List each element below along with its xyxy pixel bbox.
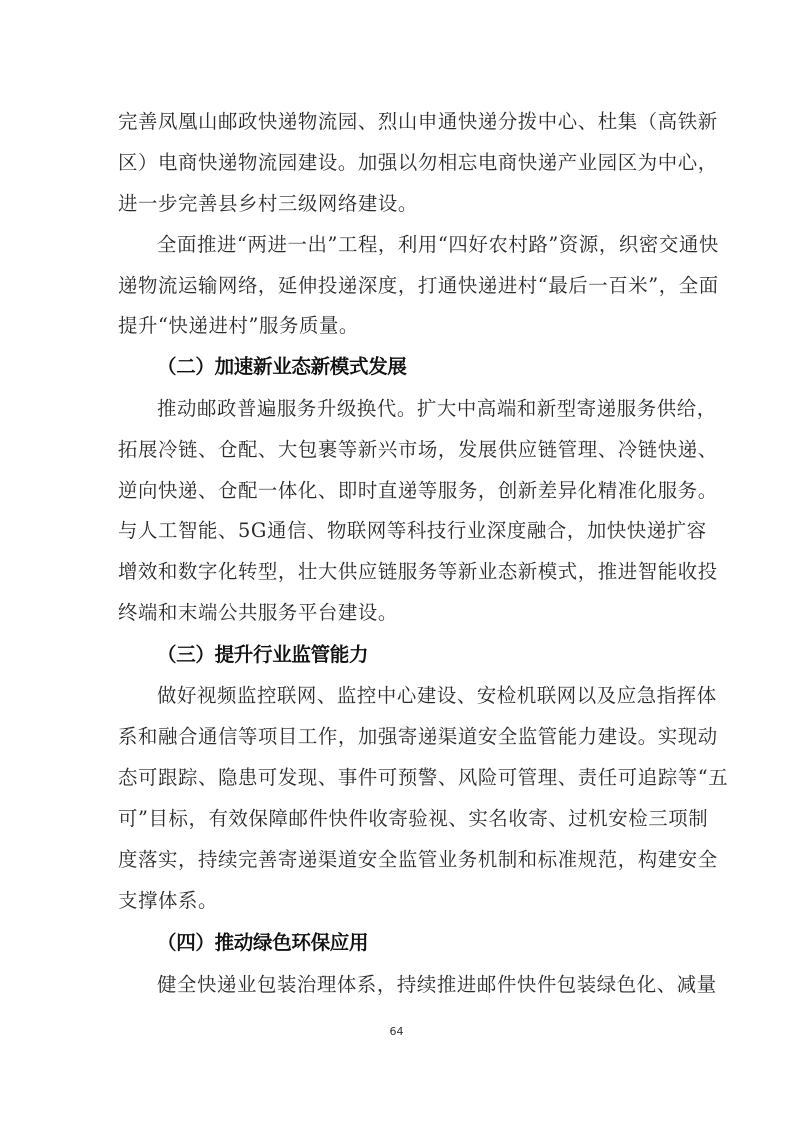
page-number: 64: [0, 1025, 793, 1038]
paragraph-line: 健全快递业包装治理体系，持续推进邮件快件包装绿色化、减量: [157, 973, 674, 997]
paragraph-line: 系和融合通信等项目工作，加强寄递渠道安全监管能力建设。实现动: [118, 725, 674, 749]
paragraph-line: 支撑体系。: [118, 889, 674, 913]
paragraph-line: 做好视频监控联网、监控中心建设、安检机联网以及应急指挥体: [157, 684, 674, 708]
document-page: 完善凤凰山邮政快递物流园、烈山申通快递分拨中心、杜集（高铁新 区）电商快递物流园…: [0, 0, 793, 1122]
paragraph-line: 完善凤凰山邮政快递物流园、烈山申通快递分拨中心、杜集（高铁新: [118, 110, 674, 134]
paragraph-line: 终端和末端公共服务平台建设。: [118, 601, 674, 625]
section-heading: （四）推动绿色环保应用: [157, 930, 368, 956]
paragraph-line: 区）电商快递物流园建设。加强以勿相忘电商快递产业园区为中心，: [118, 151, 674, 175]
paragraph-line: 态可跟踪、隐患可发现、事件可预警、风险可管理、责任可追踪等“五: [118, 766, 674, 790]
paragraph-line: 可”目标，有效保障邮件快件收寄验视、实名收寄、过机安检三项制: [118, 807, 674, 831]
paragraph-line: 递物流运输网络，延伸投递深度，打通快递进村“最后一百米”，全面: [118, 274, 674, 298]
paragraph-line: 全面推进“两进一出”工程，利用“四好农村路”资源，织密交通快: [157, 233, 674, 257]
paragraph-line: 增效和数字化转型，壮大供应链服务等新业态新模式，推进智能收投: [118, 560, 674, 584]
section-heading: （二）加速新业态新模式发展: [157, 354, 407, 380]
paragraph-line: 与人工智能、5G通信、物联网等科技行业深度融合，加快快递扩容: [118, 519, 674, 543]
paragraph-line: 逆向快递、仓配一体化、即时直递等服务，创新差异化精准化服务。: [118, 479, 674, 503]
paragraph-line: 拓展冷链、仓配、大包裹等新兴市场，发展供应链管理、冷链快递、: [118, 438, 674, 462]
paragraph-line: 推动邮政普遍服务升级换代。扩大中高端和新型寄递服务供给，: [157, 397, 674, 421]
paragraph-line: 提升“快递进村”服务质量。: [118, 314, 674, 338]
paragraph-line: 进一步完善县乡村三级网络建设。: [118, 192, 674, 216]
paragraph-line: 度落实，持续完善寄递渠道安全监管业务机制和标准规范，构建安全: [118, 848, 674, 872]
section-heading: （三）提升行业监管能力: [157, 642, 368, 668]
